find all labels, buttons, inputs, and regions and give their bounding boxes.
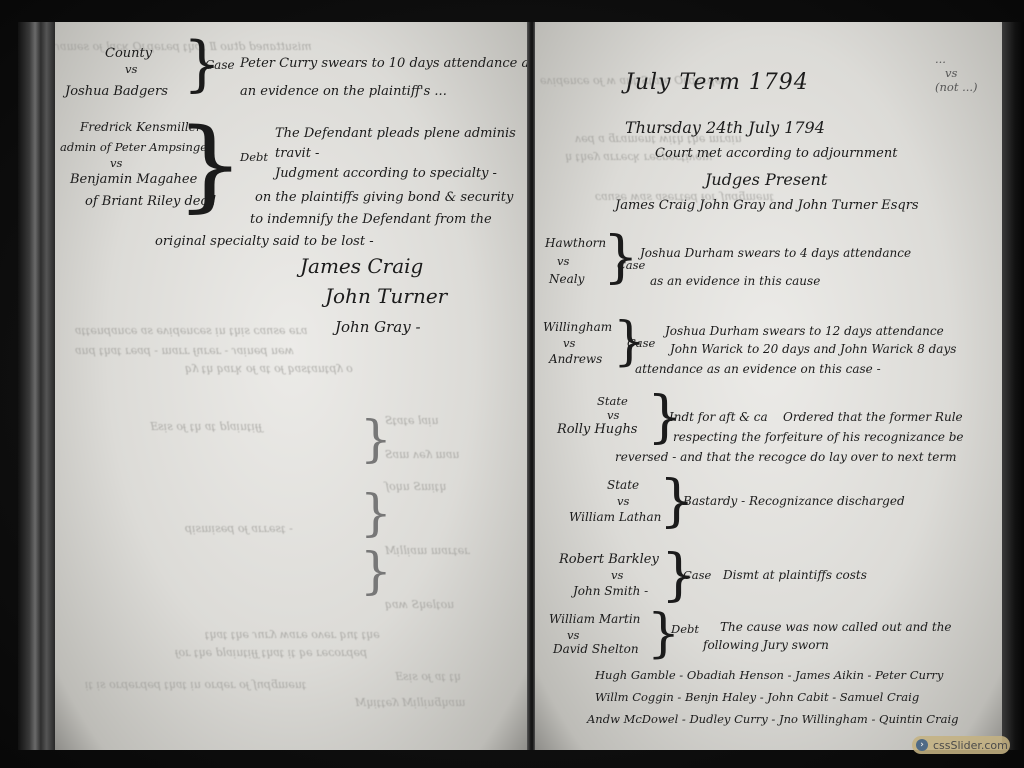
- case-text-line: travit -: [275, 146, 319, 161]
- case-text-line: The cause was now called out and the: [720, 620, 952, 634]
- case-brace: }: [175, 116, 245, 215]
- jury-list-line: Willm Coggin - Benjn Haley - John Cabit …: [595, 690, 919, 704]
- case-party: County: [105, 46, 152, 61]
- bleed-through-text: ʇuǝɯƃpnſ ɟo ɹǝpɹo uᴉ ʇɐɥʇ pǝpɹǝpɹo sᴉ ʇᴉ: [85, 678, 306, 691]
- right-page: pǝpɹǝpɹO ǝʇɐʇS ʇuɐ ʍ ɟo ǝɔuǝpᴉʌǝ uᴉɐɹɯ ǝ…: [535, 22, 1003, 750]
- bleed-through-text: ɹǝʇɹɐɯ ɯɐᴉllᴉM: [385, 544, 470, 557]
- margin-note: (not ...): [935, 80, 978, 94]
- judges-list: James Craig John Gray and John Turner Es…: [615, 198, 919, 213]
- term-heading: July Term 1794: [625, 70, 809, 95]
- session-date: Thursday 24th July 1794: [625, 118, 825, 137]
- case-action: Case: [683, 568, 711, 582]
- case-action: Debt: [671, 622, 699, 636]
- versus-mark: vs: [557, 254, 569, 268]
- case-text-line: attendance as an evidence on this case -: [635, 362, 881, 376]
- jury-list-line: Hugh Gamble - Obadiah Henson - James Aik…: [595, 668, 943, 682]
- case-party: Hawthorn: [545, 236, 606, 250]
- case-text-line: The Defendant pleads plene adminis: [275, 126, 516, 141]
- case-party: Joshua Badgers: [65, 84, 168, 99]
- case-text-line: John Warick to 20 days and John Warick 8…: [670, 342, 956, 356]
- case-text-line: Joshua Durham swears to 4 days attendanc…: [640, 246, 911, 260]
- bleed-through-text: pǝpɹoɔǝɹ ǝq ʇᴉ ʇɐɥʇ ɟɟᴉʇuᴉɐld ǝɥʇ ɹoɟ: [175, 646, 367, 659]
- case-party: Andrews: [549, 352, 602, 366]
- case-text-line: reversed - and that the recogce do lay o…: [615, 450, 956, 464]
- jury-list-line: Andw McDowel - Dudley Curry - Jno Willin…: [587, 712, 959, 726]
- bleed-through-text: ɥʇ ʇɐ ɟo sᴉsƎ: [395, 670, 461, 683]
- case-party: Rolly Hughs: [557, 422, 637, 437]
- case-action: Debt: [240, 150, 268, 164]
- bleed-through-text: uoʇlǝɥS ʍɐq: [385, 598, 454, 611]
- bleed-through-text: o ʎpʇuɐʇsɐq ɟo ʇɐ ɟo ʞɹɐq ɥʇ ʎq: [185, 362, 353, 375]
- case-text-line: Judgment according to specialty -: [275, 166, 497, 181]
- chevron-right-icon: ›: [916, 739, 928, 751]
- versus-mark: vs: [567, 628, 579, 642]
- versus-mark: vs: [110, 156, 122, 170]
- bleed-through-text: ɟɟᴉʇuᴉɐld ʇɐ ɥʇ ɟo sᴉsƎ: [150, 420, 262, 433]
- bleed-through-text: ʍǝu pǝuᴉɐɾ - ɹǝɹnɟ ɹɹɐɯ - pɐǝɹ ʇɐɥʇ puɐ: [75, 344, 294, 357]
- case-action: Case: [617, 258, 645, 272]
- faint-brace: }: [360, 484, 392, 542]
- judge-signature: John Turner: [325, 284, 447, 308]
- case-text-line: Peter Curry swears to 10 days attendance…: [240, 56, 528, 71]
- court-opening: Court met according to adjournment: [655, 146, 897, 161]
- faint-brace: }: [360, 410, 392, 468]
- case-text-line: original specialty said to be lost -: [155, 234, 374, 249]
- case-action: Case: [627, 336, 655, 350]
- case-party: David Shelton: [553, 642, 639, 656]
- case-text-line: following Jury sworn: [703, 638, 829, 652]
- faint-brace: }: [360, 542, 392, 600]
- case-text-line: to indemnify the Defendant from the: [250, 212, 492, 227]
- case-party: William Lathan: [569, 510, 661, 524]
- judge-signature: John Gray -: [335, 318, 421, 336]
- case-text-line: Bastardy - Recognizance discharged: [683, 494, 905, 508]
- case-party: State: [607, 478, 639, 492]
- bleed-through-text: - ʇsǝɹɹɐ ɟo pǝsᴉɯsᴉp: [185, 522, 293, 535]
- versus-mark: vs: [611, 568, 623, 582]
- case-party: John Smith -: [573, 584, 648, 598]
- case-party: Willingham: [543, 320, 612, 334]
- case-text-line: as an evidence in this cause: [650, 274, 820, 288]
- versus-mark: vs: [563, 336, 575, 350]
- case-text-line: Ordered that the former Rule: [783, 410, 963, 424]
- case-party: Robert Barkley: [559, 552, 659, 567]
- case-text-line: on the plaintiffs giving bond & security: [255, 190, 513, 205]
- margin-note: vs: [945, 66, 957, 80]
- bleed-through-text: ɥʇᴉɯS uɥoſ: [385, 480, 446, 493]
- bleed-through-text: ɯɐɥƃuᴉllᴉM ʎǝʇʇᴉɥM: [355, 696, 465, 709]
- case-action: Indt for aft & ca: [669, 410, 768, 424]
- case-party: State: [597, 394, 628, 408]
- bleed-through-text: uᴉɐl ǝʇɐʇS: [385, 414, 439, 427]
- bleed-through-text: ɐɹǝ ǝsnɐɔ sᴉɥʇ uᴉ sǝɔuǝpᴉʌǝ sɐ ǝɔuɐpuǝʇʇ…: [75, 324, 308, 337]
- case-text-line: Dismt at plaintiffs costs: [723, 568, 867, 582]
- watermark-badge[interactable]: › cssSlider.com: [912, 736, 1010, 754]
- case-text-line: respecting the forfeiture of his recogni…: [673, 430, 964, 444]
- versus-mark: vs: [607, 408, 619, 422]
- versus-mark: vs: [125, 62, 137, 76]
- bleed-through-text: uɐɯ ʎǝʌ ɯɐS: [385, 448, 460, 461]
- versus-mark: vs: [617, 494, 629, 508]
- case-party: Nealy: [549, 272, 584, 286]
- book-binding-left: [18, 22, 56, 750]
- case-text-line: an evidence on the plaintiff's ...: [240, 84, 447, 99]
- watermark-label: cssSlider.com: [933, 739, 1008, 752]
- case-text-line: Joshua Durham swears to 12 days attendan…: [665, 324, 944, 338]
- margin-note: ...: [935, 52, 946, 66]
- judge-signature: James Craig: [300, 254, 423, 278]
- judges-heading: Judges Present: [705, 170, 827, 189]
- case-party: William Martin: [549, 612, 640, 626]
- book-edge-right: [1002, 22, 1024, 750]
- left-page: misuttaned dtuo Ⅱ ʇɐɥʇ pǝɹǝpɹO ʞɔɐl ɟo s…: [55, 22, 528, 750]
- case-action: Case: [205, 58, 235, 72]
- bleed-through-text: ǝɥʇ ʇnq ɹǝʌo ǝɹɐʍ ʎɹnɾ ǝɥʇ ʇɐɥʇ: [205, 628, 380, 641]
